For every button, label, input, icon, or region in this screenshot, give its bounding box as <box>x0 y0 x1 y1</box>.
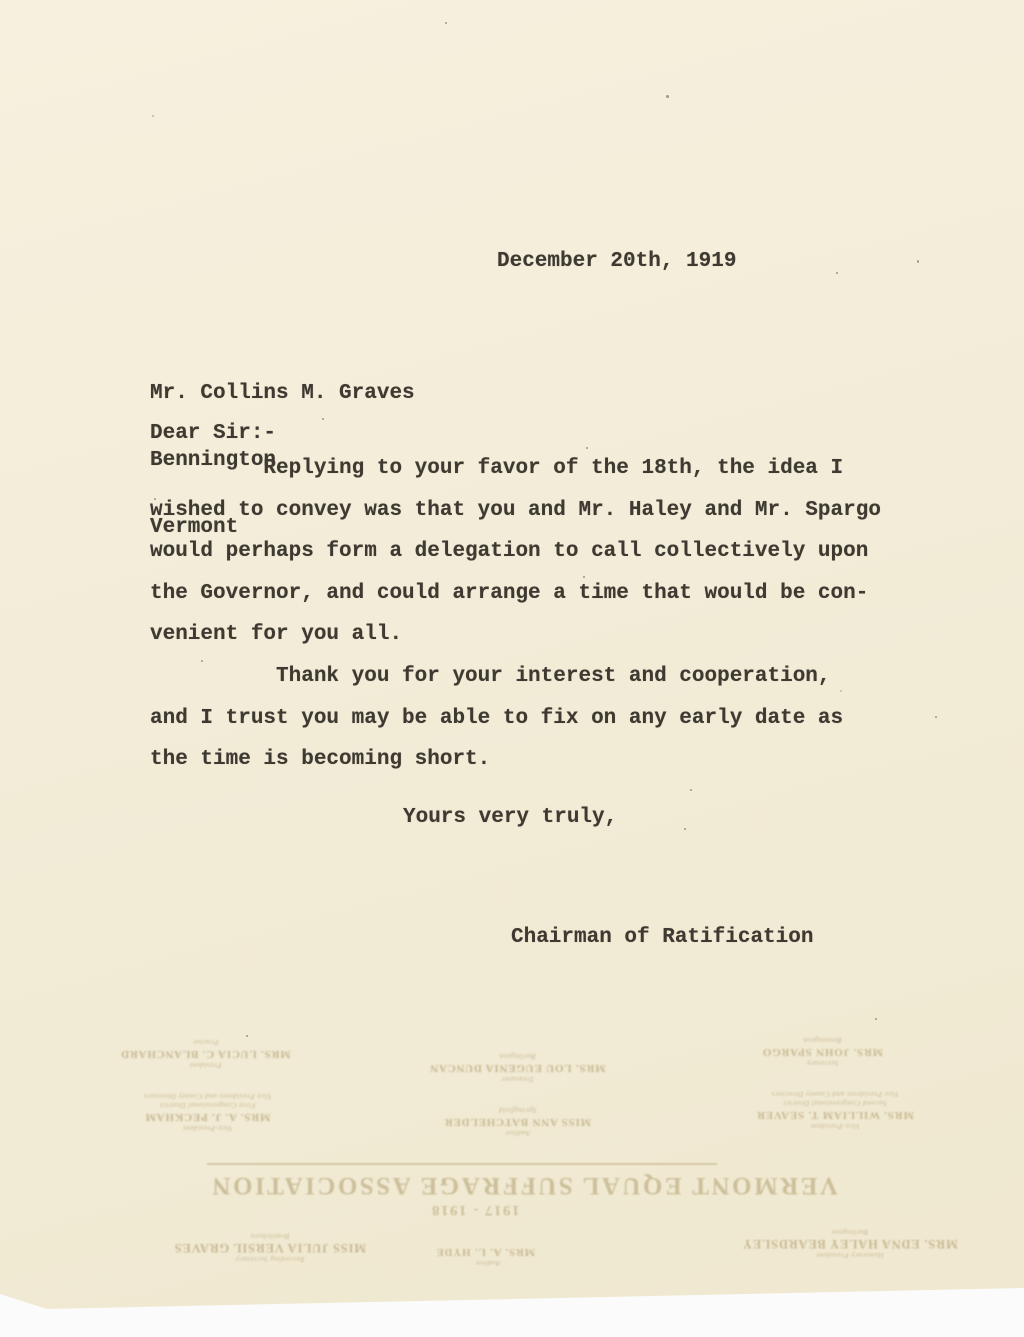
bleedthrough-years: 1917 - 1918 <box>420 1201 530 1218</box>
closing-line: Yours very truly, <box>403 806 617 829</box>
officer-role: Auditor <box>440 1259 535 1268</box>
officer-name: MRS. JOHN SPARGO <box>740 1045 905 1059</box>
bleedthrough-officer-block: Honorary President MRS. EDNA HALEY BEARD… <box>700 1228 1000 1260</box>
paper-speck <box>666 95 669 98</box>
paper-speck <box>322 418 324 420</box>
officer-role: Vice-President <box>735 1122 935 1131</box>
bleedthrough-officer-block: Vice-President MRS. A. J. PECKHAM First … <box>110 1092 305 1133</box>
officer-name: MRS. EDNA HALEY BEARDSLEY <box>700 1237 1000 1251</box>
officer-role: Secretary <box>740 1059 905 1068</box>
paper-speck <box>445 22 447 24</box>
officer-place: Second Congressional District <box>735 1099 935 1108</box>
paper-speck <box>201 660 203 662</box>
paper-speck <box>690 789 692 791</box>
bleedthrough-officer-block: Vice-President MRS. WILLIAM T. SEAVER Se… <box>735 1090 935 1131</box>
letter-body: Replying to your favor of the 18th, the … <box>150 448 881 781</box>
officer-place2: Vice Presidents and County Directors <box>110 1092 305 1101</box>
bleedthrough-officer-block: Secretary MRS. JOHN SPARGO Bennington <box>740 1036 905 1068</box>
paper-speck <box>684 828 686 830</box>
bleedthrough-association-title: VERMONT EQUAL SUFFRAGE ASSOCIATION <box>210 1171 838 1199</box>
date-line: December 20th, 1919 <box>497 250 736 273</box>
paper-speck <box>154 498 156 500</box>
officer-place2: Vice Presidents and County Directors <box>735 1090 935 1099</box>
bleedthrough-officer-block: President MRS. LUCIA C. BLANCHARD Procto… <box>118 1038 293 1070</box>
officer-place: Burlington <box>700 1228 1000 1237</box>
officer-name: MRS. A. L. HYDE <box>440 1245 535 1259</box>
officer-place: Springfield <box>415 1106 620 1115</box>
paper-speck <box>840 690 842 692</box>
letter-page: December 20th, 1919 Mr. Collins M. Grave… <box>0 0 1024 1337</box>
officer-role: Treasurer <box>410 1075 625 1084</box>
bleedthrough-officer-block: Recording Secretary MISS JULIA VERSIL GR… <box>115 1232 425 1264</box>
officer-place: Bennington <box>740 1036 905 1045</box>
officer-role: Recording Secretary <box>115 1255 425 1264</box>
officer-role: Auditor <box>415 1129 620 1138</box>
bleedthrough-officer-block: Auditor MISS ANN BATCHELDER Springfield <box>415 1106 620 1138</box>
salutation: Dear Sir:- <box>150 422 276 445</box>
officer-name: MISS ANN BATCHELDER <box>415 1115 620 1129</box>
officer-name: MRS. WILLIAM T. SEAVER <box>735 1108 935 1122</box>
officer-name: MRS. LUCIA C. BLANCHARD <box>118 1047 293 1061</box>
paper-speck <box>583 576 585 578</box>
officer-place: Brattleboro <box>115 1232 425 1241</box>
paper-speck <box>917 260 919 263</box>
officer-place: Burlington <box>410 1052 625 1061</box>
officer-place: First Congressional District <box>110 1101 305 1110</box>
paper-speck <box>935 716 937 718</box>
paper-speck <box>586 447 588 449</box>
paper-speck <box>836 272 838 274</box>
officer-role: Honorary President <box>700 1251 1000 1260</box>
officer-name: MRS. A. J. PECKHAM <box>110 1110 305 1124</box>
paper-speck <box>246 1035 248 1037</box>
paper-speck <box>152 115 154 117</box>
officer-name: MRS. LOU EUGENIA DUNCAN <box>410 1061 625 1075</box>
officer-role: Vice-President <box>110 1124 305 1133</box>
officer-place: Proctor <box>118 1038 293 1047</box>
bleedthrough-officer-block: Treasurer MRS. LOU EUGENIA DUNCAN Burlin… <box>410 1052 625 1084</box>
bleedthrough-officer-block: Auditor MRS. A. L. HYDE <box>440 1245 535 1268</box>
recipient-name: Mr. Collins M. Graves <box>150 383 415 405</box>
paper-speck <box>875 1018 877 1020</box>
bleedthrough-rule <box>207 1163 717 1165</box>
officer-name: MISS JULIA VERSIL GRAVES <box>115 1241 425 1255</box>
officer-role: President <box>118 1061 293 1070</box>
signature-title: Chairman of Ratification <box>511 926 813 949</box>
